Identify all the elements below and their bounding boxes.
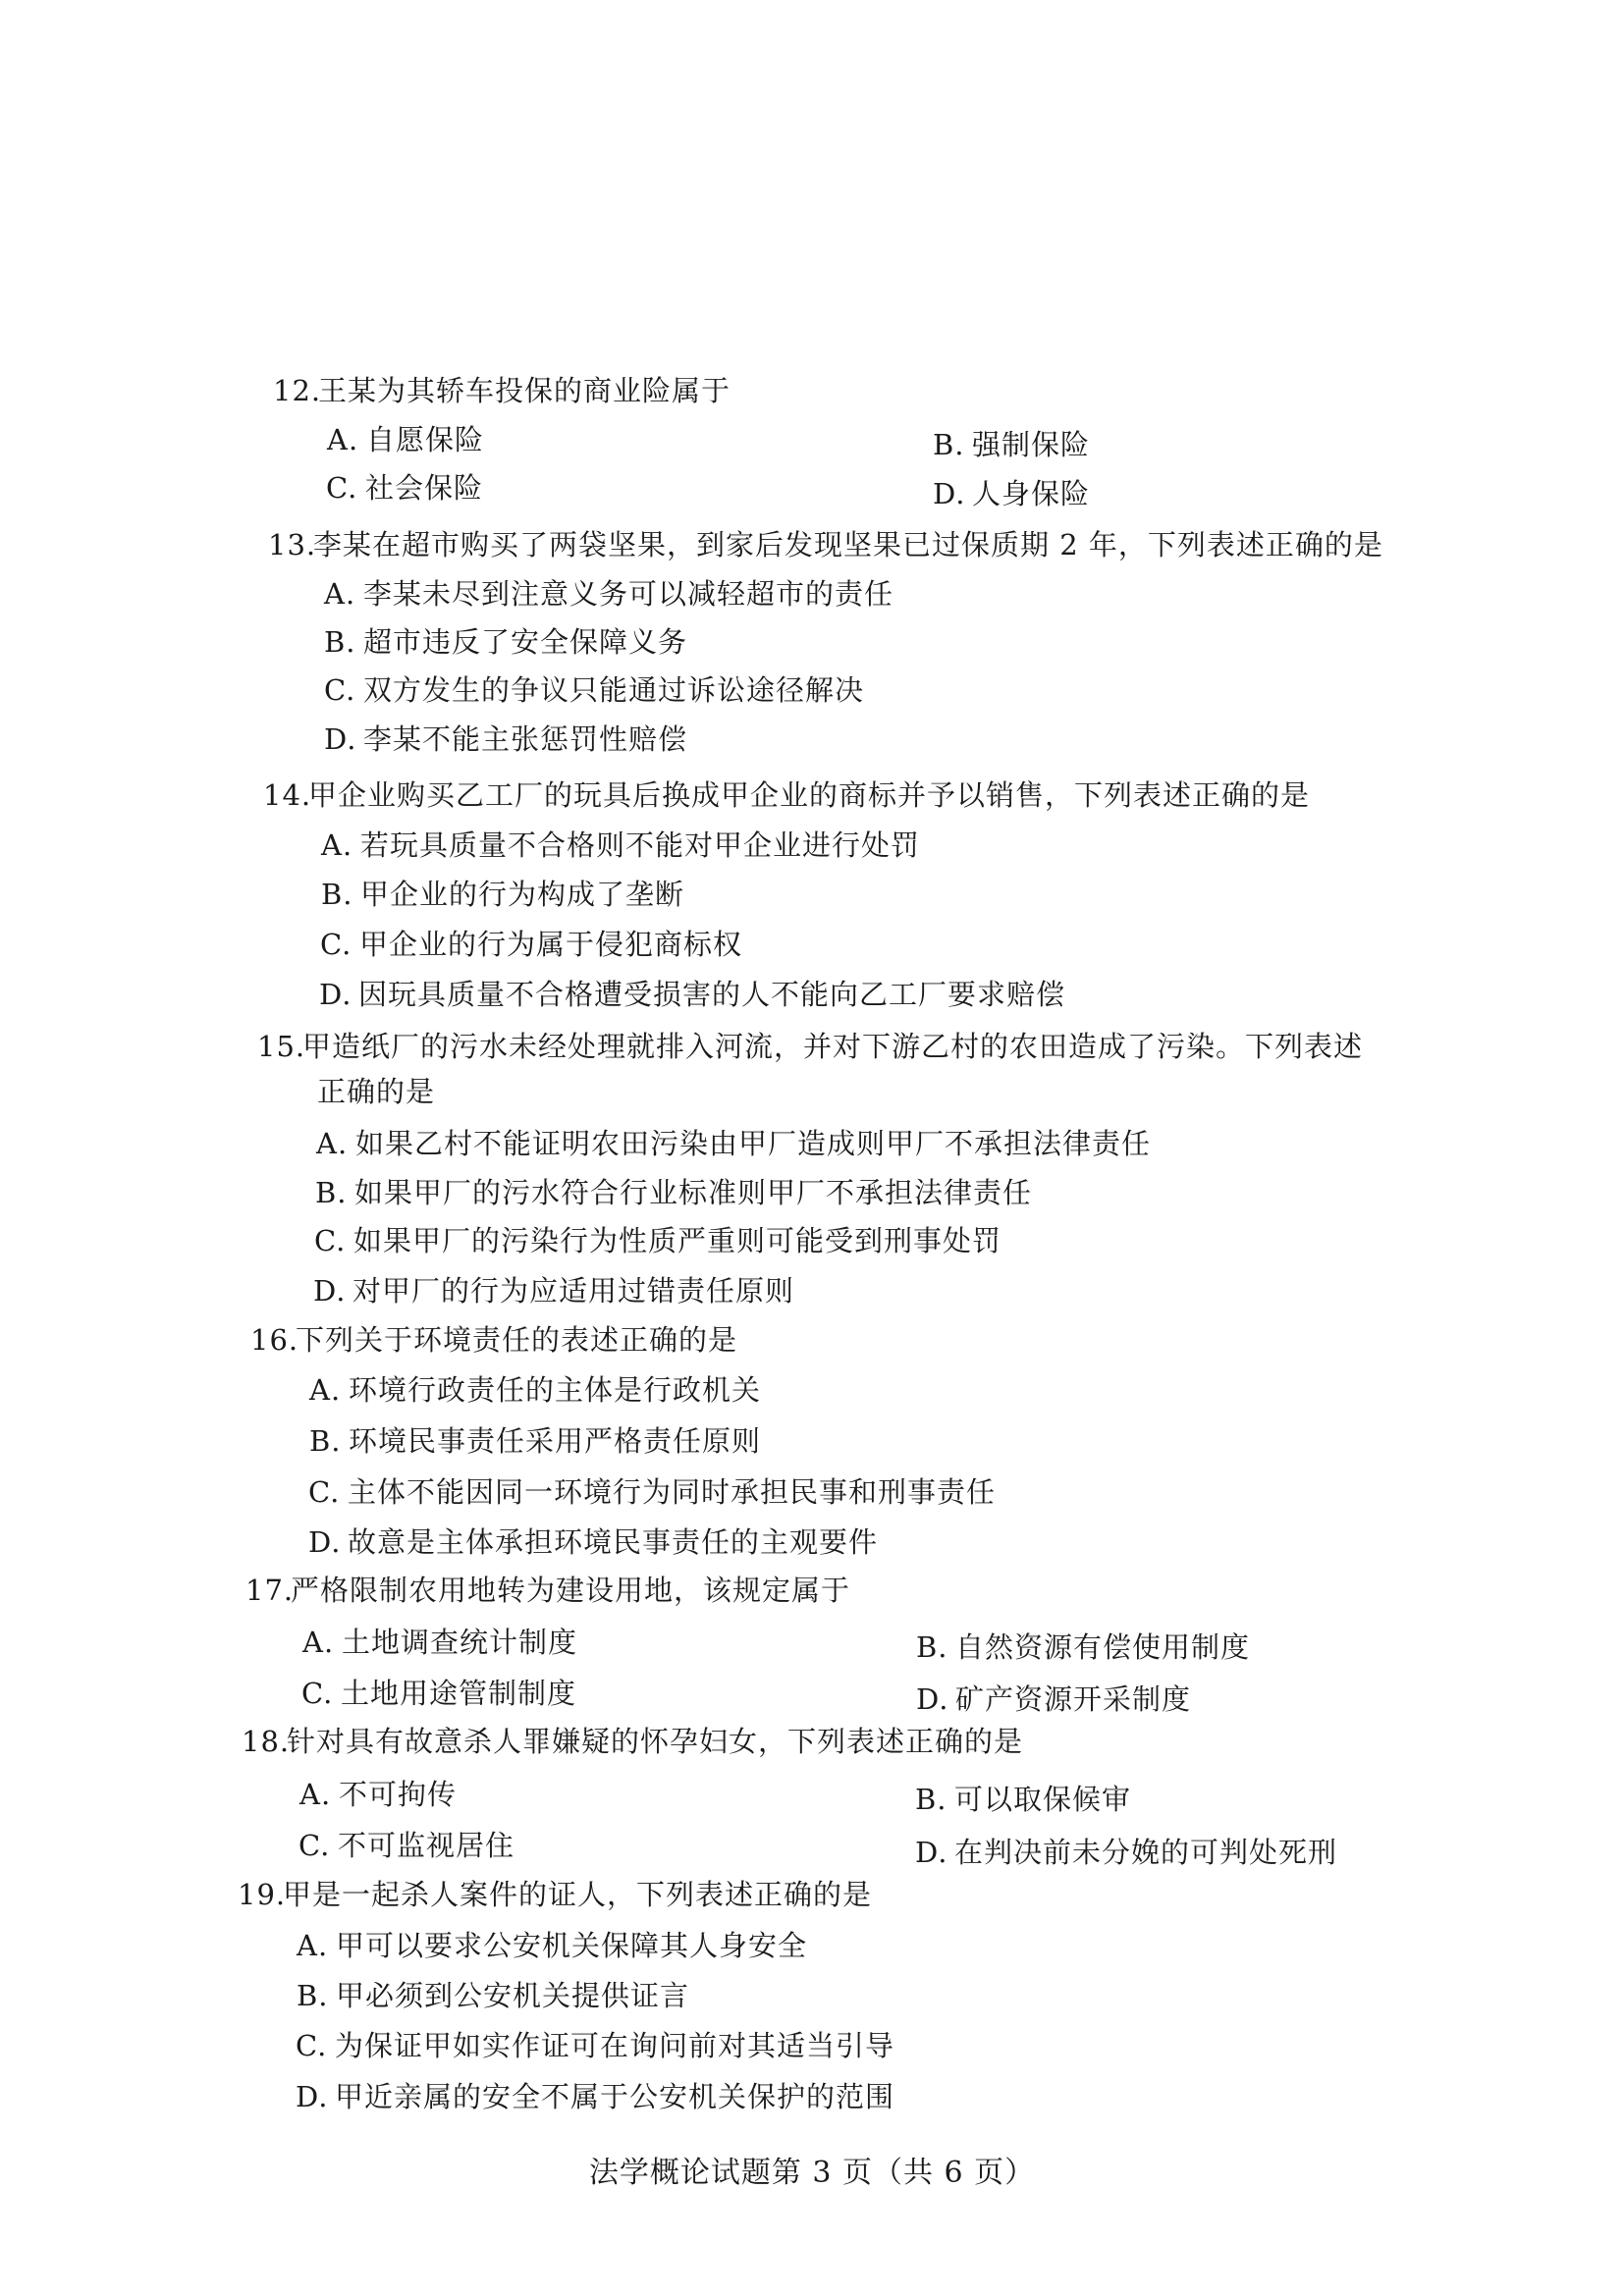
option-d: D.李某不能主张惩罚性赔偿 (324, 721, 687, 757)
question-number: 18. (242, 1724, 287, 1759)
question-stem: 16.下列关于环境责任的表述正确的是 (250, 1322, 737, 1358)
question-stem: 12.王某为其轿车投保的商业险属于 (273, 373, 731, 408)
exam-page: 12.王某为其轿车投保的商业险属于 A.自愿保险 B.强制保险 C.社会保险 D… (0, 0, 1624, 2296)
option-d: D.对甲厂的行为应适用过错责任原则 (313, 1273, 794, 1308)
option-c: C.主体不能因同一环境行为同时承担民事和刑事责任 (308, 1474, 996, 1510)
option-c: C.双方发生的争议只能通过诉讼途径解决 (324, 672, 864, 708)
option-a: A.李某未尽到注意义务可以减轻超市的责任 (324, 576, 893, 612)
question-number: 19. (238, 1877, 283, 1912)
option-b: B.强制保险 (933, 427, 1090, 462)
option-b: B.甲必须到公安机关提供证言 (297, 1978, 689, 2013)
question-stem: 18.针对具有故意杀人罪嫌疑的怀孕妇女，下列表述正确的是 (242, 1724, 1023, 1759)
option-b: B.自然资源有偿使用制度 (916, 1629, 1250, 1665)
question-stem: 17.严格限制农用地转为建设用地，该规定属于 (245, 1573, 850, 1608)
question-number: 17. (245, 1573, 291, 1608)
option-d: D.人身保险 (933, 476, 1090, 511)
option-b: B.如果甲厂的污水符合行业标准则甲厂不承担法律责任 (315, 1175, 1032, 1210)
option-a: A.土地调查统计制度 (302, 1625, 577, 1660)
question-stem: 14.甲企业购买乙工厂的玩具后换成甲企业的商标并予以销售，下列表述正确的是 (263, 777, 1310, 813)
question-stem-continuation: 正确的是 (317, 1074, 435, 1109)
option-a: A.环境行政责任的主体是行政机关 (309, 1372, 761, 1408)
option-c: C.不可监视居住 (298, 1828, 514, 1863)
question-number: 13. (268, 527, 313, 562)
option-d: D.甲近亲属的安全不属于公安机关保护的范围 (296, 2079, 894, 2114)
question-stem: 19.甲是一起杀人案件的证人，下列表述正确的是 (238, 1877, 872, 1912)
option-c: C.甲企业的行为属于侵犯商标权 (320, 927, 742, 962)
option-c: C.如果甲厂的污染行为性质严重则可能受到刑事处罚 (314, 1223, 1001, 1258)
question-number: 12. (273, 373, 318, 408)
page-footer: 法学概论试题第 3 页（共 6 页） (0, 2156, 1624, 2191)
option-d: D.故意是主体承担环境民事责任的主观要件 (308, 1524, 878, 1560)
question-stem: 15.甲造纸厂的污水未经处理就排入河流，并对下游乙村的农田造成了污染。下列表述 (257, 1029, 1363, 1064)
option-d: D.矿产资源开采制度 (916, 1682, 1191, 1717)
option-c: C.为保证甲如实作证可在询问前对其适当引导 (296, 2028, 894, 2063)
option-a: A.若玩具质量不合格则不能对甲企业进行处罚 (321, 828, 920, 863)
option-b: B.超市违反了安全保障义务 (324, 624, 687, 660)
option-b: B.环境民事责任采用严格责任原则 (309, 1423, 761, 1459)
question-number: 15. (257, 1029, 302, 1064)
option-b: B.可以取保候审 (915, 1782, 1131, 1817)
option-c: C.土地用途管制制度 (301, 1676, 576, 1711)
option-a: A.甲可以要求公安机关保障其人身安全 (297, 1928, 807, 1963)
option-a: A.如果乙村不能证明农田污染由甲厂造成则甲厂不承担法律责任 (316, 1126, 1151, 1161)
question-number: 16. (250, 1322, 296, 1358)
option-d: D.因玩具质量不合格遭受损害的人不能向乙工厂要求赔偿 (319, 977, 1065, 1012)
option-b: B.甲企业的行为构成了垄断 (321, 877, 684, 912)
question-number: 14. (263, 777, 308, 813)
option-c: C.社会保险 (326, 470, 483, 506)
question-stem: 13.李某在超市购买了两袋坚果，到家后发现坚果已过保质期 2 年，下列表述正确的… (268, 527, 1383, 562)
option-d: D.在判决前未分娩的可判处死刑 (915, 1835, 1337, 1870)
option-a: A.自愿保险 (327, 422, 484, 457)
option-a: A.不可拘传 (299, 1777, 457, 1812)
